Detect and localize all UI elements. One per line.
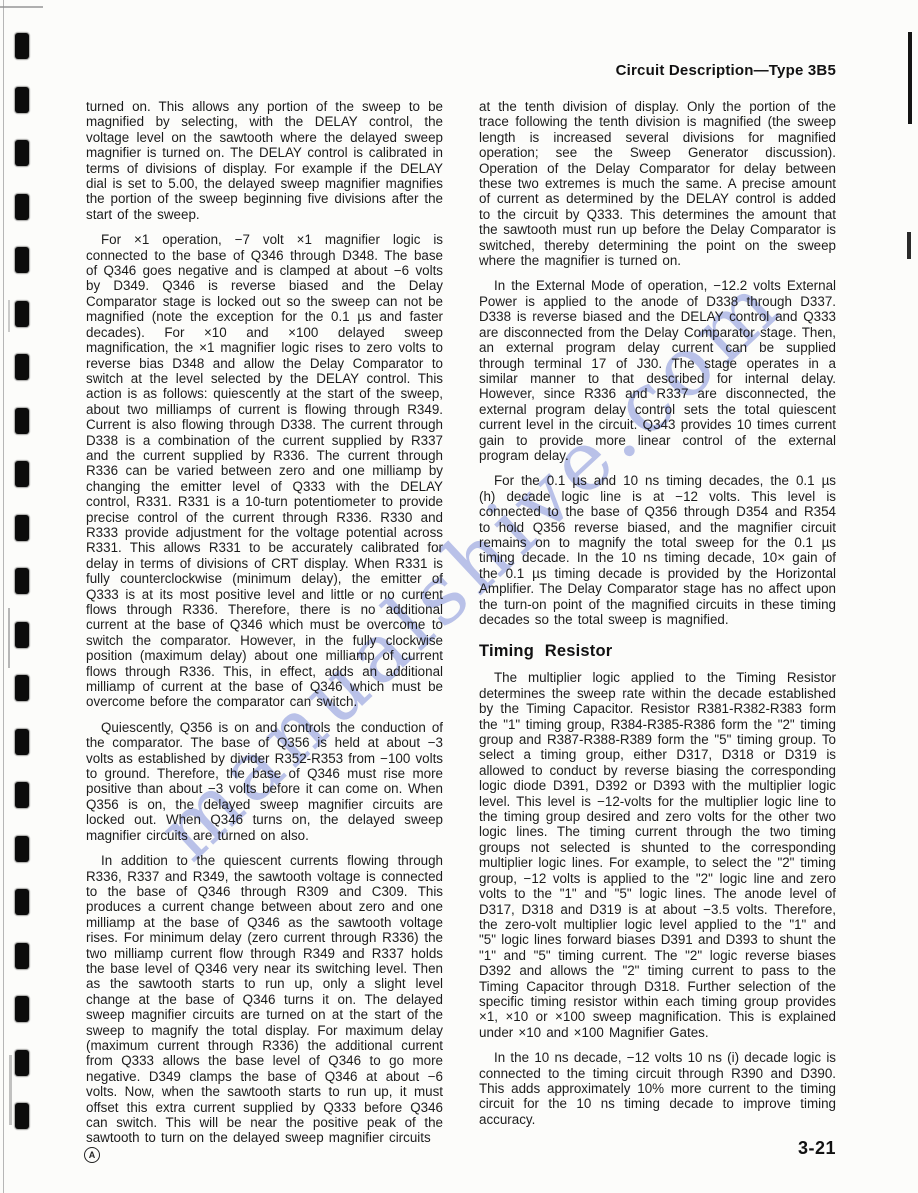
- binding-hole: [15, 408, 29, 434]
- scan-edge-line: [3, 0, 4, 1193]
- paragraph: Quiescently, Q356 is on and controls the…: [86, 720, 443, 843]
- binding-hole: [15, 996, 29, 1022]
- binding-hole: [15, 782, 29, 808]
- paragraph: The multiplier logic applied to the Timi…: [479, 670, 836, 1040]
- scan-edge-artifact: [908, 32, 912, 124]
- page-content: Circuit Description—Type 3B5 turned on. …: [86, 62, 836, 1156]
- two-column-body: turned on. This allows any portion of th…: [86, 99, 836, 1156]
- binding-hole: [15, 33, 29, 59]
- paragraph: turned on. This allows any portion of th…: [86, 99, 443, 222]
- binding-hole: [15, 247, 29, 273]
- binding-hole: [15, 675, 29, 701]
- page-header-title: Circuit Description—Type 3B5: [86, 62, 836, 79]
- paragraph: For the 0.1 µs and 10 ns timing decades,…: [479, 473, 836, 627]
- binding-hole: [15, 568, 29, 594]
- paragraph: In the External Mode of operation, −12.2…: [479, 278, 836, 463]
- binding-hole: [15, 140, 29, 166]
- scan-edge-artifact: [0, 6, 43, 8]
- revision-mark-circled-a: A: [84, 1147, 100, 1163]
- binding-hole: [15, 515, 29, 541]
- binding-hole: [15, 1050, 29, 1076]
- scan-edge-artifact: [8, 300, 10, 332]
- binding-hole: [15, 836, 29, 862]
- binding-hole: [15, 889, 29, 915]
- binding-hole: [15, 194, 29, 220]
- section-heading: Timing Resistor: [479, 642, 836, 661]
- left-column: turned on. This allows any portion of th…: [86, 99, 443, 1156]
- binding-hole: [15, 1103, 29, 1129]
- manual-page: manualshive.com Circuit Description—Type…: [0, 0, 918, 1193]
- page-number: 3-21: [798, 1138, 836, 1159]
- binding-hole: [15, 87, 29, 113]
- paragraph: In addition to the quiescent currents fl…: [86, 853, 443, 1146]
- binding-hole: [15, 461, 29, 487]
- paragraph: For ×1 operation, −7 volt ×1 magnifier l…: [86, 232, 443, 710]
- paragraph: In the 10 ns decade, −12 volts 10 ns (i)…: [479, 1050, 836, 1127]
- paragraph: at the tenth division of display. Only t…: [479, 99, 836, 268]
- binding-hole: [15, 943, 29, 969]
- binding-hole: [15, 301, 29, 327]
- scan-edge-artifact: [8, 608, 10, 668]
- scan-edge-artifact: [9, 1055, 12, 1125]
- binding-hole: [15, 729, 29, 755]
- right-column: at the tenth division of display. Only t…: [479, 99, 836, 1156]
- binding-hole: [15, 354, 29, 380]
- scan-edge-artifact: [907, 232, 911, 259]
- binding-hole: [15, 622, 29, 648]
